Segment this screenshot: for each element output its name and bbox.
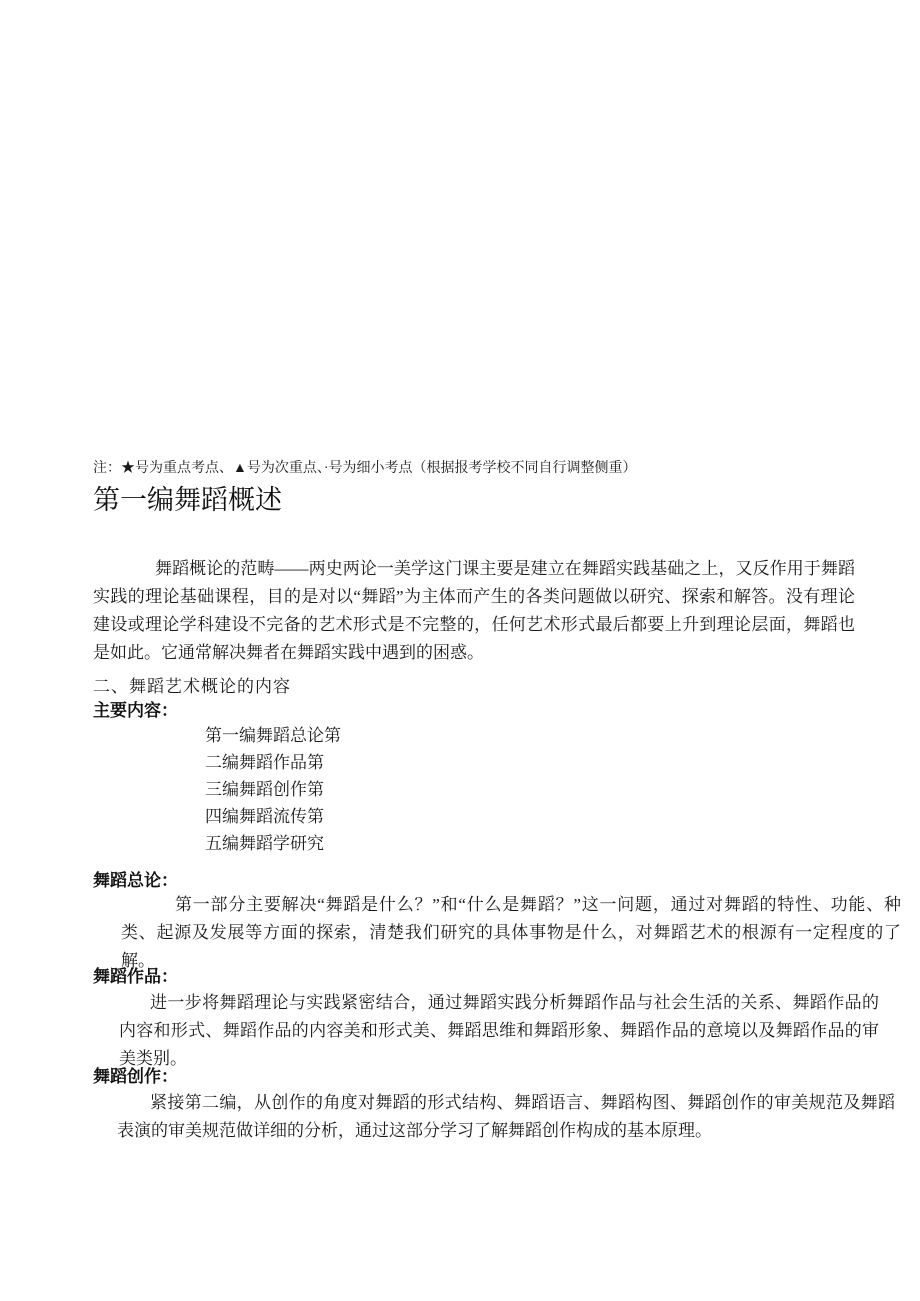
section-body-chuangzuo: 紧接第二编，从创作的角度对舞蹈的形式结构、舞蹈语言、舞蹈构图、舞蹈创作的审美规范… <box>117 1089 895 1145</box>
section-heading-contents: 二、舞蹈艺术概论的内容 <box>93 675 291 699</box>
list-item: 三编舞蹈创作第 <box>205 776 341 803</box>
list-item: 四编舞蹈流传第 <box>205 803 341 830</box>
contents-list: 第一编舞蹈总论第 二编舞蹈作品第 三编舞蹈创作第 四编舞蹈流传第 五编舞蹈学研究 <box>205 722 341 857</box>
section-label-zuopin: 舞蹈作品： <box>93 963 178 991</box>
list-item: 第一编舞蹈总论第 <box>205 722 341 749</box>
document-page: 注：★号为重点考点、▲号为次重点、·号为细小考点（根据报考学校不同自行调整侧重）… <box>0 0 920 1301</box>
main-content-label: 主要内容： <box>93 699 178 723</box>
list-item: 二编舞蹈作品第 <box>205 749 341 776</box>
section-label-chuangzuo: 舞蹈创作： <box>93 1063 178 1091</box>
list-item: 五编舞蹈学研究 <box>205 830 341 857</box>
section-body-zuopin: 进一步将舞蹈理论与实践紧密结合，通过舞蹈实践分析舞蹈作品与社会生活的关系、舞蹈作… <box>119 989 879 1073</box>
exam-note-line: 注：★号为重点考点、▲号为次重点、·号为细小考点（根据报考学校不同自行调整侧重） <box>93 459 637 479</box>
intro-paragraph: 舞蹈概论的范畴——两史两论一美学这门课主要是建立在舞蹈实践基础之上，又反作用于舞… <box>93 555 855 667</box>
section-body-zonglun: 第一部分主要解决“舞蹈是什么？”和“什么是舞蹈？”这一问题，通过对舞蹈的特性、功… <box>121 891 901 975</box>
page-title: 第一编舞蹈概述 <box>93 482 282 518</box>
